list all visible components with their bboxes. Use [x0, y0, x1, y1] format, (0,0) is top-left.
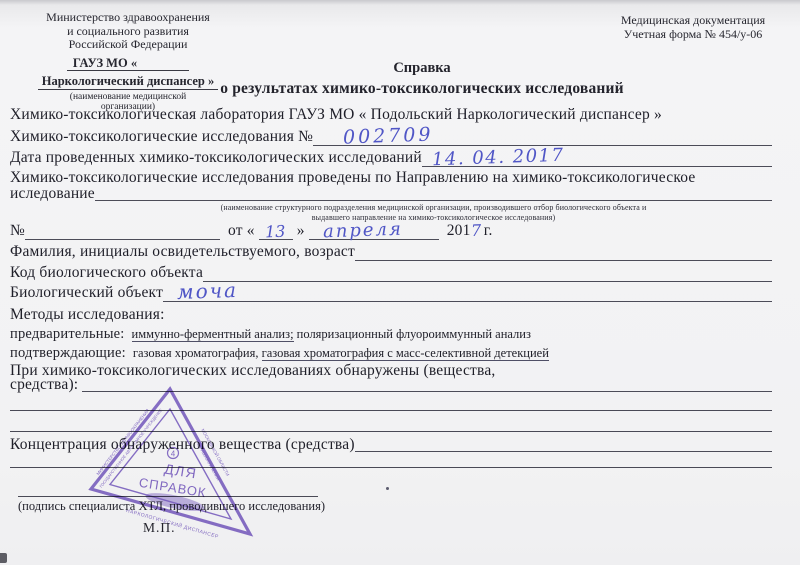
from-label: от «: [228, 222, 255, 240]
preliminary-label: предварительные:: [10, 326, 125, 342]
document-title: Справка о результатах химико-токсикологи…: [0, 60, 800, 98]
study-date-handwritten: 14. 04. 2017: [432, 145, 565, 171]
preliminary-underlined: иммунно-ферментный анализ;: [132, 327, 294, 342]
person-row: Фамилия, инициалы освидетельствуемого, в…: [10, 243, 772, 261]
day-handwritten: 13: [264, 222, 285, 242]
direction-number-field: [25, 221, 220, 240]
direction-caption: (наименование структурного подразделения…: [95, 203, 772, 222]
number-label: №: [10, 222, 25, 240]
ministry-line: и социального развития: [22, 25, 234, 39]
stamp-edge-left-outer: МИНИСТЕРСТВО ЗДРАВООХРАНЕНИЯ: [95, 408, 150, 476]
methods-row: Методы исследования:: [10, 306, 772, 324]
preliminary-value: иммунно-ферментный анализ; поляризационн…: [132, 327, 531, 342]
bio-code-label: Код биологического объекта: [10, 264, 203, 282]
study-date-row: Дата проведенных химико-токсикологически…: [10, 149, 772, 167]
findings-line2-label: средства):: [10, 377, 78, 392]
year-handwritten: 7: [470, 221, 481, 240]
study-number-label: Химико-токсикологические исследования №: [10, 128, 313, 146]
direction-number-row: № от « 13 » апреля 201 7 г.: [10, 222, 772, 240]
confirming-label: подтверждающие:: [10, 345, 126, 361]
form-code-block: Медицинская документация Учетная форма №…: [598, 13, 788, 41]
year-printed: 201: [447, 222, 471, 240]
ministry-line: Министерство здравоохранения: [22, 11, 234, 25]
title-line1: Справка: [44, 60, 800, 77]
close-quote: »: [297, 222, 305, 240]
direction-line2-label: иследование: [10, 186, 95, 201]
study-number-row: Химико-токсикологические исследования № …: [10, 128, 772, 146]
methods-label: Методы исследования:: [10, 306, 165, 324]
bio-object-handwritten: моча: [177, 278, 239, 304]
confirming-value: газовая хроматография, газовая хроматогр…: [133, 346, 549, 361]
stamp-number: 4: [171, 450, 176, 459]
direction-field: [95, 185, 772, 201]
month-handwritten: апреля: [322, 219, 403, 243]
study-number-field: 002709: [313, 127, 772, 146]
triangular-stamp: 4 ДЛЯ СПРАВОК МИНИСТЕРСТВО ЗДРАВООХРАНЕН…: [80, 381, 260, 553]
form-doc-type: Медицинская документация: [598, 13, 788, 27]
study-date-field: 14. 04. 2017: [422, 148, 772, 167]
confirming-underlined: газовая хроматография с масс-селективной…: [262, 346, 549, 361]
bio-object-row: Биологический объект моча: [10, 284, 772, 302]
bio-code-field: [203, 263, 772, 282]
year-suffix: г.: [484, 222, 493, 240]
study-number-handwritten: 002709: [343, 123, 434, 148]
ministry-line: Российской Федерации: [22, 38, 234, 52]
preliminary-methods-row: предварительные: иммунно-ферментный анал…: [10, 326, 772, 342]
bio-object-label: Биологический объект: [10, 284, 163, 302]
person-field: [355, 242, 772, 261]
lab-line-text: Химико-токсикологическая лаборатория ГАУ…: [10, 106, 662, 124]
preliminary-rest: поляризационный флуороиммунный анализ: [294, 327, 531, 341]
ink-dot: [386, 487, 389, 490]
confirming-methods-row: подтверждающие: газовая хроматография, г…: [10, 345, 772, 361]
bio-code-row: Код биологического объекта: [10, 264, 772, 282]
bio-object-field: моча: [163, 283, 772, 302]
lab-line: Химико-токсикологическая лаборатория ГАУ…: [10, 106, 772, 124]
study-date-label: Дата проведенных химико-токсикологически…: [10, 149, 422, 167]
direction-caption-line1: (наименование структурного подразделения…: [95, 203, 772, 213]
direction-line2-row: иследование: [10, 186, 772, 201]
scan-edge-mark: [0, 553, 7, 563]
month-field: апреля: [309, 221, 439, 240]
scanned-certificate-form: Министерство здравоохранения и социально…: [0, 0, 800, 565]
confirming-plain: газовая хроматография,: [133, 346, 262, 360]
person-label: Фамилия, инициалы освидетельствуемого, в…: [10, 243, 355, 261]
title-line2: о результатах химико-токсикологических и…: [44, 80, 800, 98]
form-number: Учетная форма № 454/у-06: [598, 27, 788, 41]
day-field: 13: [259, 221, 293, 240]
concentration-field: [355, 436, 772, 452]
